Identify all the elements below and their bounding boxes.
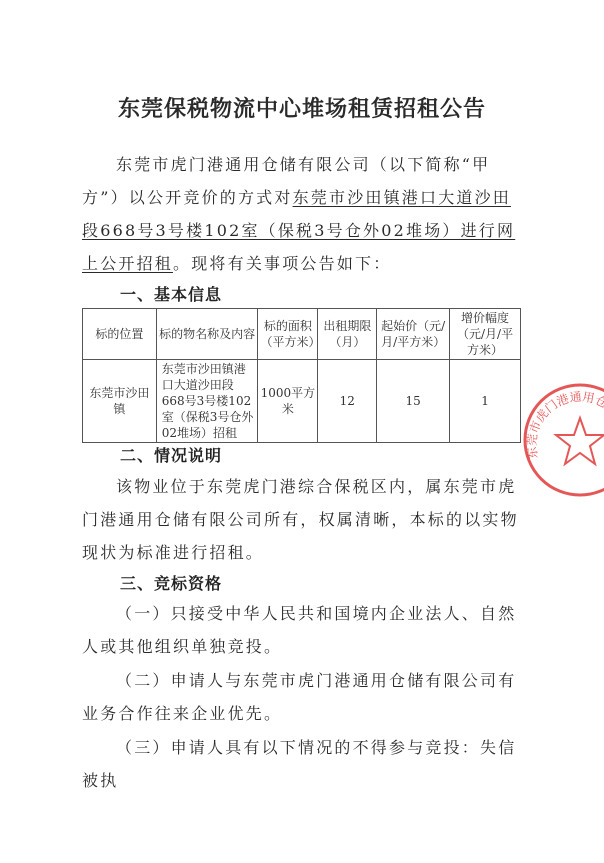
table-cell-location: 东莞市沙田镇 (83, 360, 157, 443)
section-heading-basic-info: 一、基本信息 (120, 282, 222, 305)
table-cell-term: 12 (318, 360, 377, 443)
intro-suffix: 。现将有关事项公告如下： (173, 254, 391, 273)
document-title: 东莞保税物流中心堆场租赁招租公告 (0, 92, 604, 123)
qualification-item-2: （二）申请人与东莞市虎门港通用仓储有限公司有业务合作往来企业优先。 (82, 664, 522, 730)
table-header-cell: 起始价（元/月/平方米） (377, 309, 450, 360)
situation-paragraph: 该物业位于东莞虎门港综合保税区内，属东莞市虎门港通用仓储有限公司所有，权属清晰，… (82, 470, 522, 569)
basic-info-table: 标的位置 标的物名称及内容 标的面积（平方米） 出租期限（月） 起始价（元/月/… (82, 308, 521, 443)
table-header-cell: 增价幅度（元/月/平方米） (450, 309, 521, 360)
table-row: 东莞市沙田镇 东莞市沙田镇港口大道沙田段668号3号楼102室（保税3号仓外02… (83, 360, 521, 443)
qualification-item-3: （三）申请人具有以下情况的不得参与竞投：失信被执 (82, 731, 522, 797)
table-header-cell: 标的面积（平方米） (258, 309, 318, 360)
table-cell-subject: 东莞市沙田镇港口大道沙田段668号3号楼102室（保税3号仓外02堆场）招租 (156, 360, 258, 443)
section-heading-qualification: 三、竞标资格 (120, 571, 222, 594)
table-cell-start-price: 15 (377, 360, 450, 443)
qualification-item-1: （一）只接受中华人民共和国境内企业法人、自然人或其他组织单独竞投。 (82, 597, 522, 663)
table-header-row: 标的位置 标的物名称及内容 标的面积（平方米） 出租期限（月） 起始价（元/月/… (83, 309, 521, 360)
table-header-cell: 出租期限（月） (318, 309, 377, 360)
table-header-cell: 标的位置 (83, 309, 157, 360)
section-heading-situation: 二、情况说明 (120, 443, 222, 466)
table-cell-increment: 1 (450, 360, 521, 443)
intro-paragraph: 东莞市虎门港通用仓储有限公司（以下简称“甲方”）以公开竞价的方式对东莞市沙田镇港… (82, 148, 522, 280)
company-seal-icon: 东莞市虎门港通用仓储有限公司 (520, 380, 604, 500)
table-cell-area: 1000平方米 (258, 360, 318, 443)
table-header-cell: 标的物名称及内容 (156, 309, 258, 360)
